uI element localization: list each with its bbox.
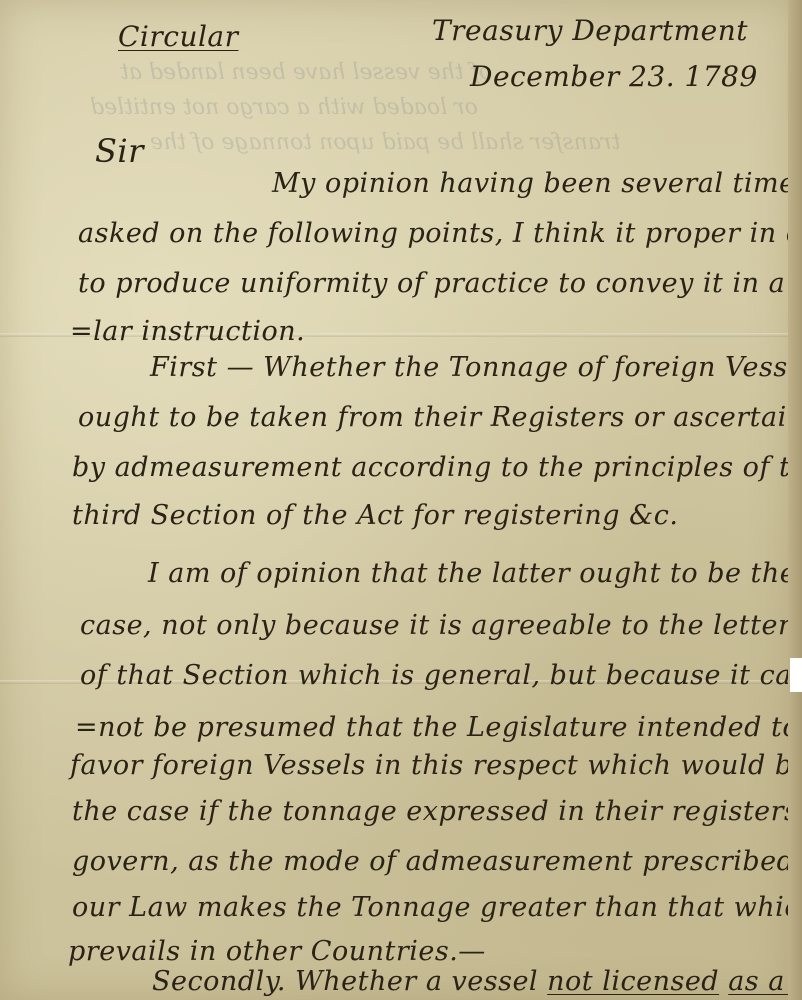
body-line: the case if the tonnage expressed in the… [72, 796, 802, 827]
spacer [719, 966, 728, 997]
secondly-line: Secondly. Whether a vessel not licensed … [152, 966, 802, 997]
bleed-through-text: transfer shall be paid upon tonnage of t… [150, 130, 620, 155]
department-heading: Treasury Department [432, 14, 748, 47]
bleed-through-text: of the vessel have been landed at [120, 60, 492, 85]
body-line: govern, as the mode of admeasurement pre… [72, 846, 802, 877]
body-line: ought to be taken from their Registers o… [78, 402, 802, 433]
body-line: favor foreign Vessels in this respect wh… [70, 750, 802, 781]
body-line: to produce uniformity of practice to con… [78, 268, 802, 299]
body-line: of that Section which is general, but be… [80, 660, 802, 691]
letter-page: of the vessel have been landed at or loa… [0, 0, 790, 1000]
torn-notch [790, 658, 802, 692]
salutation: Sir [95, 132, 144, 170]
body-line: I am of opinion that the latter ought to… [148, 558, 796, 589]
body-line: by admeasurement according to the princi… [72, 452, 802, 483]
body-line: case, not only because it is agreeable t… [80, 610, 791, 641]
body-line: My opinion having been several times [272, 168, 802, 199]
body-line: =not be presumed that the Legislature in… [75, 712, 799, 743]
underlined-not-licensed: not licensed [547, 966, 719, 997]
secondly-lead: Secondly. Whether a vessel [152, 966, 547, 997]
body-line: =lar instruction. [70, 316, 305, 347]
letter-date: December 23. 1789 [470, 60, 758, 93]
body-line: our Law makes the Tonnage greater than t… [72, 892, 802, 923]
body-line: prevails in other Countries.— [68, 936, 486, 967]
body-line: asked on the following points, I think i… [78, 218, 802, 249]
body-line: First — Whether the Tonnage of foreign V… [150, 352, 802, 383]
page-edge [788, 0, 802, 1000]
circular-label: Circular [118, 20, 239, 53]
bleed-through-text: or loaded with a cargo not entitled [90, 95, 478, 120]
body-line: third Section of the Act for registering… [72, 500, 678, 531]
